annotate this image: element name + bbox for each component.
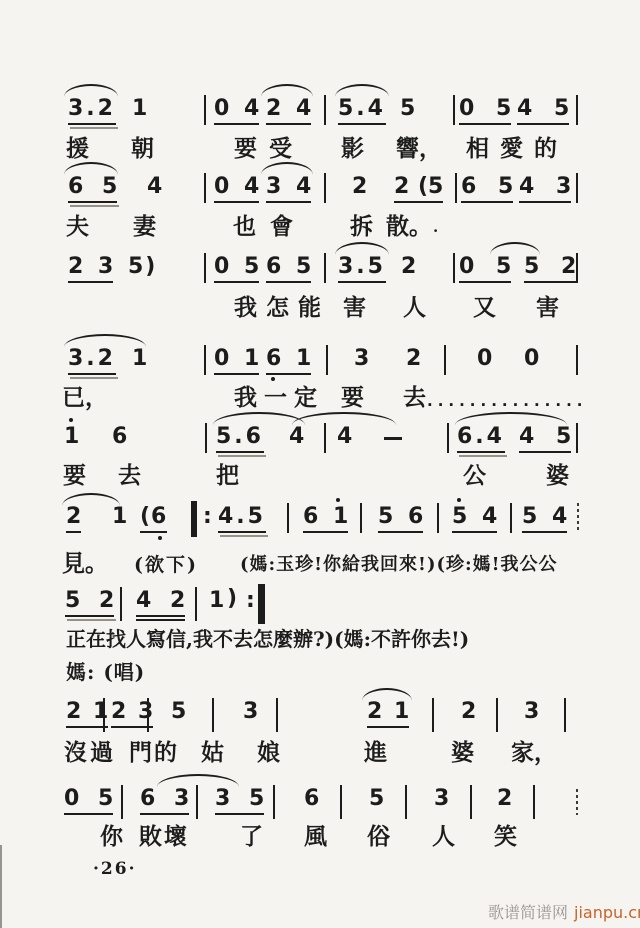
octave-dot [69, 418, 73, 422]
sheet-music-page: 3.210 42 45.450 54 5援朝要受影響，相愛的6 540 43 4… [0, 0, 640, 928]
lyric-text: 我 [234, 385, 257, 411]
barline [576, 253, 578, 283]
note-group: 5 2 [524, 255, 576, 283]
lyric-text: 去 [403, 385, 426, 411]
note-group: 2 [497, 787, 512, 811]
note-group: 4 [147, 175, 162, 199]
stage-direction-text: (欲下) [134, 553, 198, 577]
barline [496, 698, 498, 732]
barline [576, 423, 578, 453]
barline [576, 173, 578, 203]
barline [533, 785, 535, 819]
barline [196, 785, 198, 819]
barline [273, 785, 275, 819]
octave-dot [158, 536, 162, 540]
barline [453, 95, 455, 125]
lyric-text: 了 [240, 824, 263, 850]
barline [103, 698, 105, 732]
note-group: 2 4 [266, 97, 311, 125]
note-group: 1 [132, 97, 147, 121]
note-group: 6 [304, 787, 319, 811]
lyric-text: 怎 [266, 295, 289, 321]
note-group: 0 5 [459, 97, 511, 125]
note-group: (6 [140, 505, 167, 533]
note-group: 4 5 [519, 425, 571, 453]
note-group: 6 5 [266, 255, 311, 283]
half-note-dash [384, 437, 402, 440]
note-group: 1 [209, 589, 224, 613]
barline [444, 345, 446, 375]
lyric-text: 娘 [257, 740, 280, 766]
lyric-text: 門 [129, 740, 152, 766]
lyric-text: 已， [62, 385, 108, 411]
lyric-text: 援 [66, 136, 89, 162]
note-group: 2 [401, 255, 416, 279]
note-group: 0 4 [214, 97, 259, 125]
lyric-text: 婆 [451, 740, 474, 766]
note-group: 2 3 [68, 255, 113, 283]
lyric-text: 害 [536, 295, 559, 321]
stage-direction-text: 正在找人寫信,我不去怎麼辦?)(媽:不許你去!) [66, 627, 469, 651]
lyric-text: 婆 [546, 463, 569, 489]
note-group: 5 6 [378, 505, 423, 533]
lyric-text: 人 [432, 824, 455, 850]
lyric-text: 夫 [66, 214, 89, 240]
barline [432, 698, 434, 732]
note-group: 4 [289, 425, 304, 449]
note-group: 3.2 [68, 347, 116, 375]
lyric-text: 把 [216, 463, 239, 489]
note-group: 5 2 [65, 589, 114, 617]
lyric-text: 風 [304, 824, 327, 850]
note-group: 4.5 [218, 505, 266, 533]
barline [324, 95, 326, 125]
lyric-text: 過 [90, 740, 113, 766]
note-group: 0 5 [459, 255, 511, 283]
note-group: : [246, 589, 255, 613]
note-group: 1 [64, 425, 79, 449]
octave-dot [271, 377, 275, 381]
barline [455, 173, 457, 203]
note-group: 4 3 [519, 175, 571, 203]
note-group: 0 [477, 347, 492, 371]
octave-dot [457, 498, 461, 502]
watermark-site-name: 歌谱简谱网 [488, 903, 568, 922]
note-group: 3 5 [215, 787, 264, 815]
note-group: 2 [352, 175, 367, 199]
barline [564, 698, 566, 732]
note-group: 5.4 [338, 97, 386, 125]
note-group: 0 1 [214, 347, 259, 375]
note-group: 6 1 [266, 347, 311, 375]
lyric-text: 影 [341, 136, 364, 162]
note-group: 0 5 [214, 255, 259, 283]
lyric-text: 去 [118, 463, 141, 489]
barline [326, 345, 328, 375]
note-group: 5 4 [522, 505, 567, 533]
note-group: 2 [66, 505, 81, 533]
barline [204, 253, 206, 283]
note-group: ) [227, 587, 237, 611]
note-group: 6 5 [461, 175, 513, 203]
lyric-text: 受 [269, 136, 292, 162]
dashed-barline [577, 503, 579, 533]
stage-direction-text: 媽: (唱) [66, 660, 145, 684]
note-group: 0 [524, 347, 539, 371]
barline [447, 423, 449, 453]
note-group: 5) [128, 255, 157, 279]
lyric-text: 敗 [139, 824, 162, 850]
note-group: 2 1 [66, 700, 108, 728]
barline [324, 253, 326, 283]
note-group: 2 [406, 347, 421, 371]
note-group: 3 4 [266, 175, 311, 203]
barline [405, 785, 407, 819]
note-group: 3 [354, 347, 369, 371]
note-group: 5 [400, 97, 415, 121]
barline [324, 173, 326, 203]
repeat-barline [191, 501, 197, 537]
barline [576, 95, 578, 125]
lyric-text: 沒 [64, 740, 87, 766]
note-group: 5 4 [452, 505, 497, 533]
lyric-text: 拆 [350, 214, 373, 240]
lyric-text: 也 [233, 214, 256, 240]
lyric-text: 響， [396, 136, 442, 162]
lyric-text: 家， [511, 740, 557, 766]
lyric-text: 要 [341, 385, 364, 411]
lyric-text: 的 [154, 740, 177, 766]
lyric-text: 笑 [494, 824, 517, 850]
lyric-text: 你 [100, 824, 123, 850]
note-group: : [203, 505, 212, 529]
lyric-text: 的 [534, 136, 557, 162]
lyric-text: 相 [466, 136, 489, 162]
note-group: 4 5 [517, 97, 569, 125]
barline [147, 698, 149, 732]
repeat-barline [258, 584, 265, 624]
stage-direction-text: · [433, 219, 438, 243]
page-number: ·26· [93, 859, 137, 879]
barline [204, 345, 206, 375]
lyric-text: 害 [343, 295, 366, 321]
barline [205, 423, 207, 453]
watermark-domain: jianpu.cn [574, 903, 640, 922]
lyric-text: 散。 [386, 214, 432, 240]
barline [437, 503, 439, 533]
barline [324, 423, 326, 453]
barline [453, 253, 455, 283]
lyric-text: 要 [63, 463, 86, 489]
lyric-text: 會 [270, 214, 293, 240]
note-group: 5 [369, 787, 384, 811]
lyric-text: 見。 [62, 551, 108, 577]
barline [276, 698, 278, 732]
note-group: 6.4 [457, 425, 505, 453]
stage-direction-text: (媽:玉珍!你給我回來!)(珍:媽!我公公 [240, 553, 558, 577]
barline [204, 95, 206, 125]
note-group: 6 3 [140, 787, 189, 815]
note-group: 5.6 [216, 425, 264, 453]
note-group: 6 1 [303, 505, 348, 533]
lyric-text: 妻 [133, 214, 156, 240]
barline [576, 345, 578, 375]
note-group: 5 [171, 700, 186, 724]
barline [360, 503, 362, 533]
barline [510, 503, 512, 533]
lyric-text: 又 [473, 295, 496, 321]
lyric-text: 姑 [201, 740, 224, 766]
barline [121, 785, 123, 819]
lyric-text: 人 [403, 295, 426, 321]
lyric-text: 公 [463, 463, 486, 489]
barline [195, 587, 197, 621]
scan-edge-artifact [0, 845, 2, 928]
note-group: 4 2 [136, 589, 185, 617]
lyric-text: 我 [234, 295, 257, 321]
note-group: 2 [461, 700, 476, 724]
note-group: 3.5 [338, 255, 386, 283]
barline [204, 173, 206, 203]
note-group: 0 4 [214, 175, 259, 203]
barline [287, 503, 289, 533]
note-group: 2 1 [367, 700, 409, 728]
note-group: 1 [112, 505, 127, 529]
lyric-text: 俗 [367, 824, 390, 850]
dashed-barline [576, 789, 578, 815]
note-group: 3 [524, 700, 539, 724]
lyric-text: 定 [294, 385, 317, 411]
note-group: 3 [243, 700, 258, 724]
lyric-text: 朝 [131, 136, 154, 162]
note-group: 0 5 [64, 787, 113, 815]
note-group: 3 [434, 787, 449, 811]
note-group: 2 (5 [394, 175, 443, 203]
octave-dot [336, 498, 340, 502]
lyric-text: 一 [264, 385, 287, 411]
lyric-text: 要 [234, 136, 257, 162]
barline [470, 785, 472, 819]
lyric-text: 壞 [164, 824, 187, 850]
note-group: 1 [132, 347, 147, 371]
note-group: 3.2 [68, 97, 116, 125]
barline [212, 698, 214, 732]
note-group: 6 5 [68, 175, 117, 203]
note-group: 4 [337, 425, 352, 449]
barline [340, 785, 342, 819]
barline [120, 587, 122, 621]
watermark: 歌谱简谱网jianpu.cn [488, 900, 640, 923]
lyric-text: 能 [298, 295, 321, 321]
note-group: 6 [112, 425, 127, 449]
lyric-text: 進 [364, 740, 387, 766]
lyric-text: 愛 [500, 136, 523, 162]
